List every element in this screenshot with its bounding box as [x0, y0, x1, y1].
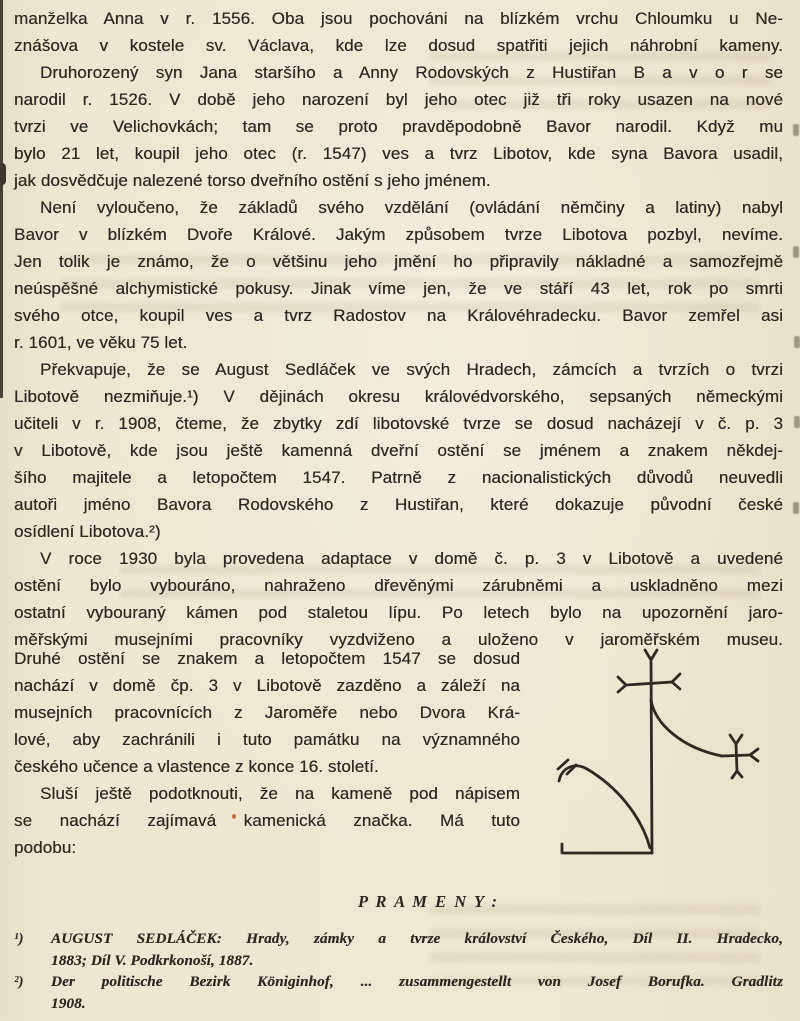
footnote: ²)Der politische Bezirk Königinhof, ... … — [14, 971, 783, 1014]
text-line: Druhé ostění se znakem a letopočtem 1547… — [14, 645, 520, 672]
scan-edge-blob — [0, 163, 6, 185]
main-text-full: manželka Anna v r. 1556. Oba jsou pochov… — [14, 5, 783, 653]
book-page: manželka Anna v r. 1556. Oba jsou pochov… — [0, 0, 800, 1021]
sources-heading: P R A M E N Y : — [44, 891, 800, 913]
sources-section: P R A M E N Y : ¹)AUGUST SEDLÁČEK: Hrady… — [14, 891, 783, 1014]
text-line: v Libotově, kde jsou ještě kamenná dveřn… — [14, 437, 783, 464]
text-line: narodil r. 1526. V době jeho narození by… — [14, 86, 783, 113]
text-line: se nachází zajímavá kamenická značka. Má… — [14, 807, 520, 834]
scan-speck — [793, 246, 799, 258]
scan-speck — [794, 416, 800, 428]
text-line: Překvapuje, že se August Sedláček ve svý… — [14, 356, 783, 383]
footnotes: ¹)AUGUST SEDLÁČEK: Hrady, zámky a tvrze … — [14, 928, 783, 1014]
text-line: znášova v kostele sv. Václava, kde lze d… — [14, 32, 783, 59]
scan-speck — [794, 336, 800, 348]
scan-speck — [793, 502, 799, 514]
main-text-narrow: Druhé ostění se znakem a letopočtem 1547… — [14, 645, 520, 861]
footnote-line: AUGUST SEDLÁČEK: Hrady, zámky a tvrze kr… — [51, 928, 783, 950]
text-line: r. 1601, ve věku 75 let. — [14, 329, 783, 356]
scan-speck — [793, 124, 799, 136]
text-line: Sluší ještě podotknouti, že na kameně po… — [14, 780, 520, 807]
text-line: učiteli v r. 1908, čteme, že zbytky zdí … — [14, 410, 783, 437]
text-line: ostatní vybouraný kámen pod staletou líp… — [14, 599, 783, 626]
text-line: manželka Anna v r. 1556. Oba jsou pochov… — [14, 5, 783, 32]
text-line: českého učence a vlastence z konce 16. s… — [14, 753, 520, 780]
text-line: Bavor v blízkém Dvoře Králové. Jakým způ… — [14, 221, 783, 248]
text-line: ostění bylo vybouráno, nahraženo dřevěný… — [14, 572, 783, 599]
text-line: Není vyloučeno, že základů svého vzdělán… — [14, 194, 783, 221]
text-line: Druhorozený syn Jana staršího a Anny Rod… — [14, 59, 783, 86]
paragraph: Druhorozený syn Jana staršího a Anny Rod… — [14, 59, 783, 194]
paragraph: manželka Anna v r. 1556. Oba jsou pochov… — [14, 5, 783, 59]
text-line: Libotově nezmiňuje.¹) V dějinách okresu … — [14, 383, 783, 410]
paragraph: Není vyloučeno, že základů svého vzdělán… — [14, 194, 783, 356]
footnote-line: 1883; Díl V. Podkrkonoší, 1887. — [51, 950, 783, 972]
text-line: šího majitele a letopočtem 1547. Patrně … — [14, 464, 783, 491]
text-line: bylo 21 let, koupil jeho otec (r. 1547) … — [14, 140, 783, 167]
text-line: nachází v domě čp. 3 v Libotově zazděno … — [14, 672, 520, 699]
text-line: autoři jméno Bavora Rodovského z Hustiřa… — [14, 491, 783, 518]
text-line: podobu: — [14, 834, 520, 861]
text-line: neúspěšné alchymistické pokusy. Jinak ví… — [14, 275, 783, 302]
text-line: svého otce, koupil ves a tvrz Radostov n… — [14, 302, 783, 329]
text-line: lové, aby zachránili i tuto památku na v… — [14, 726, 520, 753]
paragraph: Překvapuje, že se August Sedláček ve svý… — [14, 356, 783, 545]
text-line: V roce 1930 byla provedena adaptace v do… — [14, 545, 783, 572]
text-line: osídlení Libotova.²) — [14, 518, 783, 545]
scan-edge-artifact — [0, 0, 3, 398]
footnote-marker: ¹) — [14, 928, 24, 950]
paragraph: Druhé ostění se znakem a letopočtem 1547… — [14, 645, 520, 780]
footnote-line: 1908. — [51, 993, 783, 1015]
wrap-region: Druhé ostění se znakem a letopočtem 1547… — [14, 645, 783, 869]
stonemason-mark-figure — [542, 645, 797, 865]
paragraph: V roce 1930 byla provedena adaptace v do… — [14, 545, 783, 653]
stonemason-mark-drawing — [542, 645, 797, 865]
paragraph: Sluší ještě podotknouti, že na kameně po… — [14, 780, 520, 861]
text-line: musejních pracovnících z Jaroměře nebo D… — [14, 699, 520, 726]
footnote-line: Der politische Bezirk Königinhof, ... zu… — [51, 971, 783, 993]
text-line: Jen tolik je známo, že o většinu jeho jm… — [14, 248, 783, 275]
text-line: tvrzi ve Velichovkách; tam se proto prav… — [14, 113, 783, 140]
footnote: ¹)AUGUST SEDLÁČEK: Hrady, zámky a tvrze … — [14, 928, 783, 971]
text-line: jak dosvědčuje nalezené torso dveřního o… — [14, 167, 783, 194]
footnote-marker: ²) — [14, 971, 24, 993]
